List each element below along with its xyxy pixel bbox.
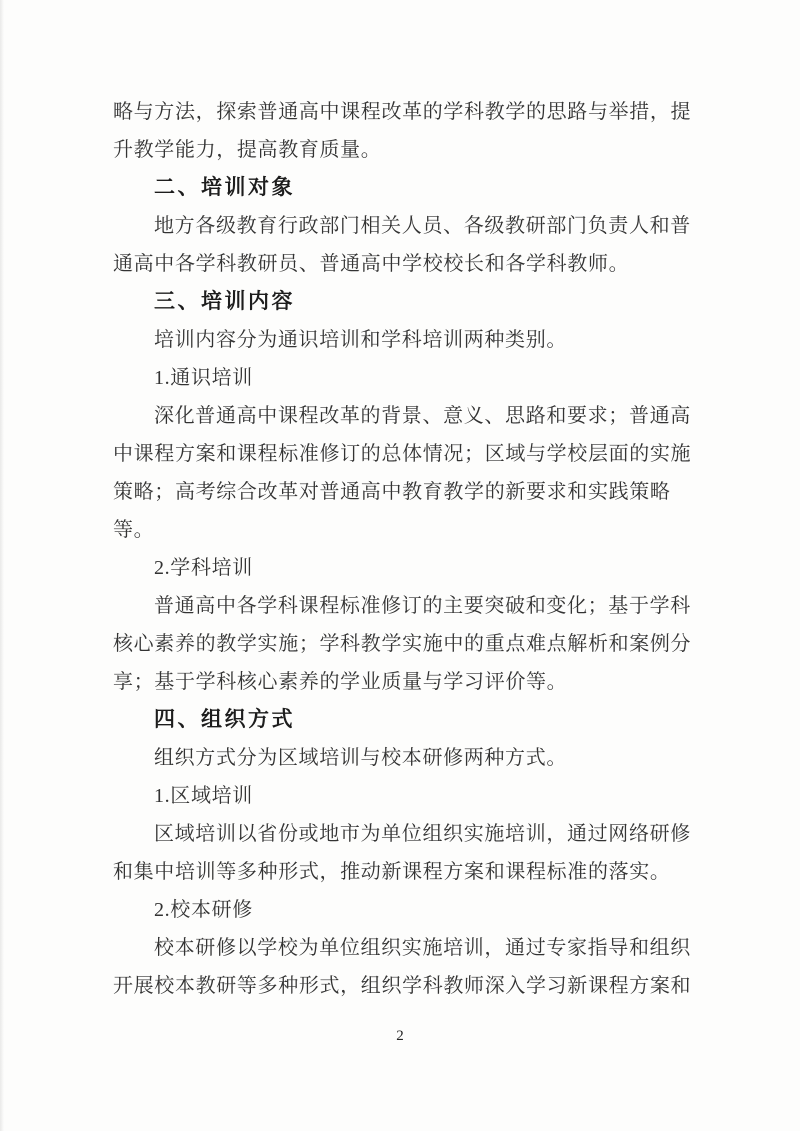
text-line: 1.区域培训: [113, 777, 698, 815]
text-line: 中课程方案和课程标准修订的总体情况；区域与学校层面的实施: [113, 435, 698, 473]
section-heading: 二、培训对象: [113, 169, 698, 207]
page-number: 2: [0, 1026, 800, 1046]
text-line: 地方各级教育行政部门相关人员、各级教研部门负责人和普: [113, 207, 698, 245]
text-line: 培训内容分为通识培训和学科培训两种类别。: [113, 321, 698, 359]
text-line: 策略；高考综合改革对普通高中教育教学的新要求和实践策略: [113, 473, 698, 511]
text-line: 核心素养的教学实施；学科教学实施中的重点难点解析和案例分: [113, 625, 698, 663]
text-line: 普通高中各学科课程标准修订的主要突破和变化；基于学科: [113, 587, 698, 625]
text-line: 校本研修以学校为单位组织实施培训，通过专家指导和组织: [113, 929, 698, 967]
text-line: 2.校本研修: [113, 891, 698, 929]
text-line: 享；基于学科核心素养的学业质量与学习评价等。: [113, 663, 698, 701]
section-heading: 四、组织方式: [113, 701, 698, 739]
text-line: 升教学能力，提高教育质量。: [113, 131, 698, 169]
text-line: 略与方法，探索普通高中课程改革的学科教学的思路与举措，提: [113, 93, 698, 131]
document-body: 略与方法，探索普通高中课程改革的学科教学的思路与举措，提升教学能力，提高教育质量…: [113, 93, 698, 1005]
text-line: 2.学科培训: [113, 549, 698, 587]
text-line: 通高中各学科教研员、普通高中学校校长和各学科教师。: [113, 245, 698, 283]
text-line: 深化普通高中课程改革的背景、意义、思路和要求；普通高: [113, 397, 698, 435]
text-line: 开展校本教研等多种形式，组织学科教师深入学习新课程方案和: [113, 967, 698, 1005]
text-line: 区域培训以省份或地市为单位组织实施培训，通过网络研修: [113, 815, 698, 853]
text-line: 组织方式分为区域培训与校本研修两种方式。: [113, 739, 698, 777]
section-heading: 三、培训内容: [113, 283, 698, 321]
scanned-document-page: 略与方法，探索普通高中课程改革的学科教学的思路与举措，提升教学能力，提高教育质量…: [0, 0, 800, 1131]
text-line: 等。: [113, 511, 698, 549]
text-line: 和集中培训等多种形式，推动新课程方案和课程标准的落实。: [113, 853, 698, 891]
text-line: 1.通识培训: [113, 359, 698, 397]
